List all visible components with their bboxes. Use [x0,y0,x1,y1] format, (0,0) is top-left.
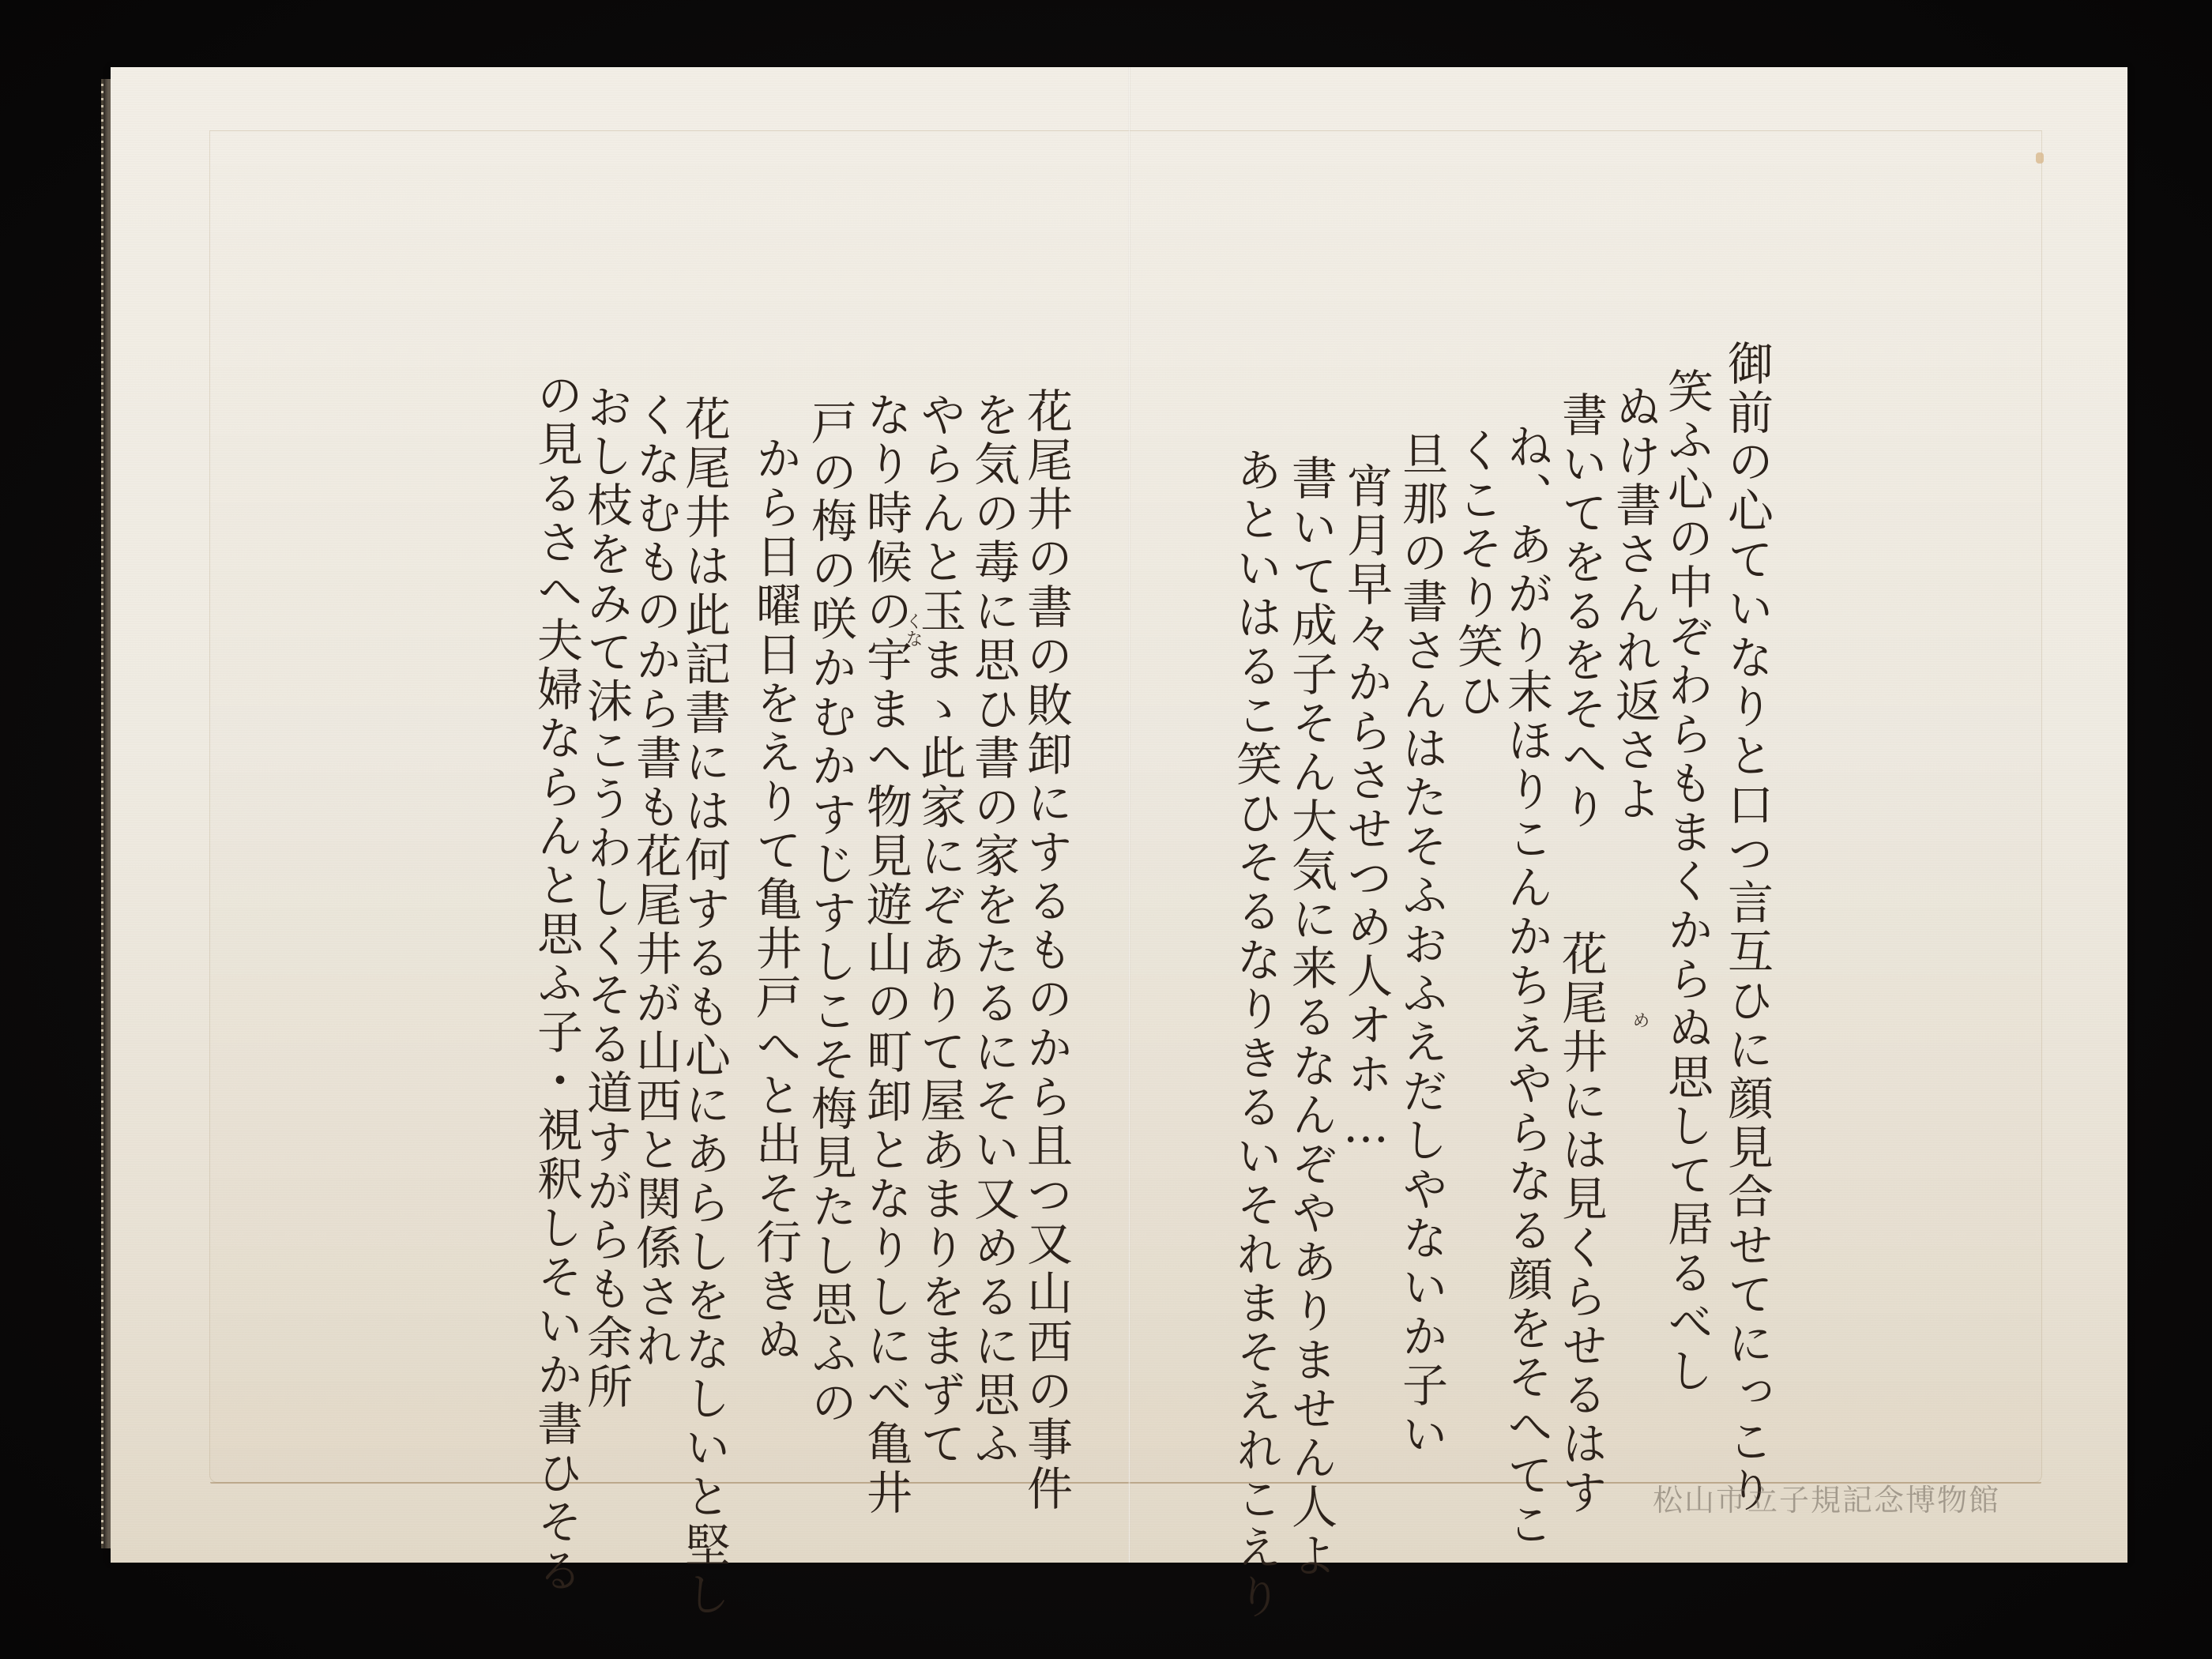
left-page-column-6: から日曜日をえりて亀井戸へと出そ行きぬ [752,434,798,1365]
right-page-column-8: 宵月早々からさせつめ人オホ… [1343,462,1389,1156]
right-page-ruby-note: め [1627,1011,1652,1029]
right-page-column-4: 書いてをるをそへり 花尾井には見くらせるはす [1558,391,1604,1518]
left-page-column-5: 戸の梅の咲かむかすじすしこそ梅見たし思ふの [807,399,853,1428]
left-page-column-9: おし枝をみて沫こうわしくそる道すがらも余所 [583,383,629,1412]
photo-stage: 御前の心ていなりと口つ言互ひに顔見合せてにっこり 笑ふ心の中ぞわらもまくからぬ思… [0,0,2212,1659]
right-page-column-5: ね、あがり末ほりこんかちえやらなる顔をそへてこ [1503,423,1549,1549]
right-page-column-2: 笑ふ心の中ぞわらもまくからぬ思して居るべし [1664,367,1710,1396]
right-page-column-6: くこそり笑ひ [1454,427,1499,720]
manuscript-spread: 御前の心ていなりと口つ言互ひに顔見合せてにっこり 笑ふ心の中ぞわらもまくからぬ思… [111,67,2127,1563]
left-page-column-10: の見るさへ夫婦ならんと思ふ子・視釈しそいか書ひそる [533,371,579,1596]
center-fold [1128,67,1130,1563]
left-page-column-2: を気の毒に思ひ書の家をたるにそい又めるに思ふ [970,391,1016,1469]
left-page-ruby-note: くな [901,612,925,647]
left-page-column-4: なり時候の宇まへ物見遊山の町卸となりしにべ亀井 [863,391,908,1518]
right-page-column-3: ぬけ書さんれ返さよ [1612,383,1657,824]
right-page-column-7: 旦那の書さんはたそふおふえだしやないか子い [1398,431,1444,1459]
left-page-column-7: 花尾井は此記書には何するも心にあらしをなしいと堅し [681,395,727,1619]
foxing-stain [2036,152,2044,164]
left-page-column-3: やらんと玉まゝ此家にぞありて屋あまりをまずて [916,391,962,1469]
museum-watermark: 松山市立子規記念博物館 [1653,1476,2000,1519]
right-page-column-1: 御前の心ていなりと口つ言互ひに顔見合せてにっこり [1724,340,1770,1515]
left-page-column-8: くなむものから書も花尾井が山西と関係され [632,391,678,1371]
right-page-column-9: 書いて成子そん大気に来るなんぞやありません人よ [1288,454,1334,1581]
right-page-column-10: あといはるこ笑ひそるなりきるいそれまそえれこえり [1232,446,1278,1622]
left-page-column-1: 花尾井の書の敗卸にするものから且つ又山西の事件 [1023,387,1069,1514]
